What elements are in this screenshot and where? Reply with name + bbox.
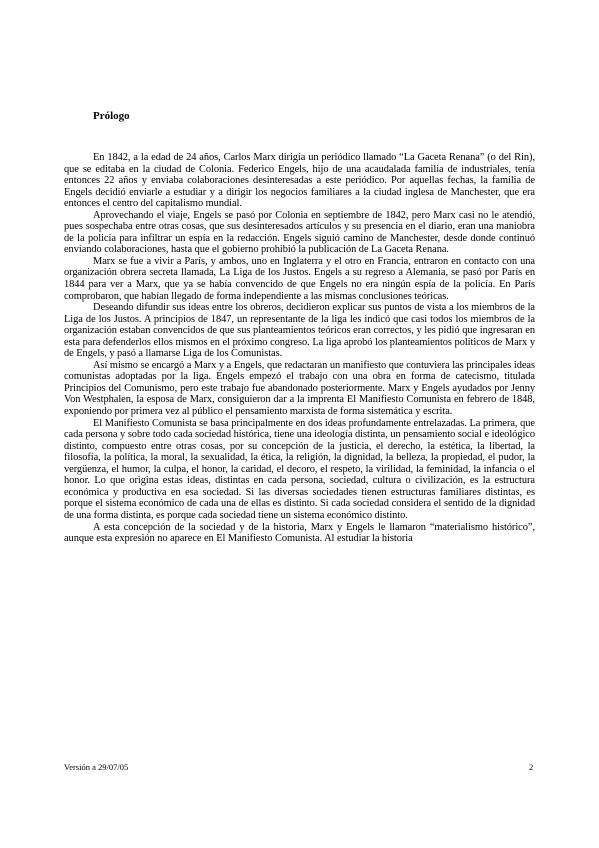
page-number: 2 bbox=[529, 762, 533, 772]
paragraph: A esta concepción de la sociedad y de la… bbox=[64, 522, 535, 545]
paragraph: Aprovechando el viaje, Engels se pasó po… bbox=[64, 210, 535, 256]
paragraph: Así mismo se encargó a Marx y a Engels, … bbox=[64, 360, 535, 418]
section-heading: Prólogo bbox=[93, 110, 130, 122]
body-text: En 1842, a la edad de 24 años, Carlos Ma… bbox=[64, 152, 535, 545]
footer-version: Versión a 29/07/05 bbox=[64, 762, 128, 772]
document-page: Prólogo En 1842, a la edad de 24 años, C… bbox=[0, 0, 599, 848]
paragraph: El Manifiesto Comunista se basa principa… bbox=[64, 418, 535, 522]
paragraph: En 1842, a la edad de 24 años, Carlos Ma… bbox=[64, 152, 535, 210]
paragraph: Marx se fue a vivir a París, y ambos, un… bbox=[64, 256, 535, 302]
paragraph: Deseando difundir sus ideas entre los ob… bbox=[64, 302, 535, 360]
